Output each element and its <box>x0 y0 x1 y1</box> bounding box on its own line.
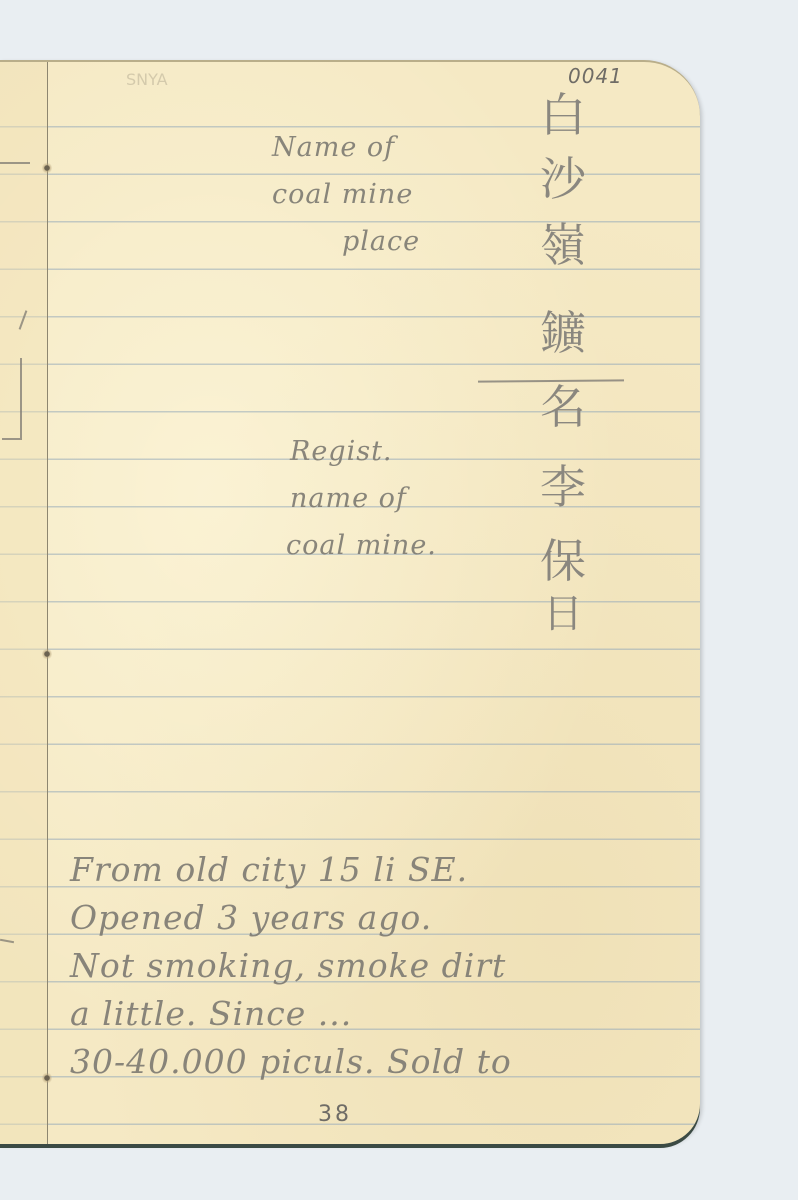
staple-hole <box>42 1072 52 1084</box>
chinese-names-column: 白 沙 嶺 鑛 名 李 保 日 <box>540 92 586 634</box>
pencil-stroke <box>2 438 20 440</box>
field-notes: From old city 15 li SE. Opened 3 years a… <box>70 846 512 1086</box>
note-line: From old city 15 li SE. <box>70 846 512 894</box>
chinese-char: 保 <box>540 538 586 584</box>
left-page-edge <box>0 62 47 1144</box>
pencil-stroke <box>19 310 28 329</box>
pencil-stroke <box>0 939 14 943</box>
note-line: Not smoking, smoke dirt <box>70 942 512 990</box>
register-label: Regist. name of coal mine. <box>290 428 437 569</box>
left-page-pencil-marks <box>0 62 47 1144</box>
staple-hole <box>42 162 52 174</box>
pencil-stroke <box>20 358 22 440</box>
note-line: Opened 3 years ago. <box>70 894 512 942</box>
chinese-char: 白 <box>540 92 586 138</box>
chinese-char: 日 <box>543 594 583 634</box>
register-label-line: name of <box>290 475 437 522</box>
chinese-char: 沙 <box>540 156 586 202</box>
register-label-line: Regist. <box>290 428 437 475</box>
place-label-line: place <box>342 218 420 265</box>
register-label-line: coal mine. <box>286 522 437 569</box>
page-number: 38 <box>318 1102 352 1127</box>
binding-spine <box>47 62 48 1144</box>
chinese-char: 嶺 <box>540 222 586 268</box>
place-label: Name of coal mine place <box>272 124 420 265</box>
pencil-stroke <box>0 162 30 164</box>
place-label-line: Name of <box>272 124 420 171</box>
chinese-char: 鑛 <box>540 310 586 356</box>
faint-stamp: SNYA <box>126 70 168 89</box>
archive-number: 0041 <box>568 64 623 88</box>
chinese-char: 名 <box>540 384 586 430</box>
chinese-char: 李 <box>540 464 586 510</box>
note-line: 30-40.000 piculs. Sold to <box>70 1038 512 1086</box>
staple-hole <box>42 648 52 660</box>
note-line: a little. Since ... <box>70 990 512 1038</box>
place-label-line: coal mine <box>272 171 420 218</box>
